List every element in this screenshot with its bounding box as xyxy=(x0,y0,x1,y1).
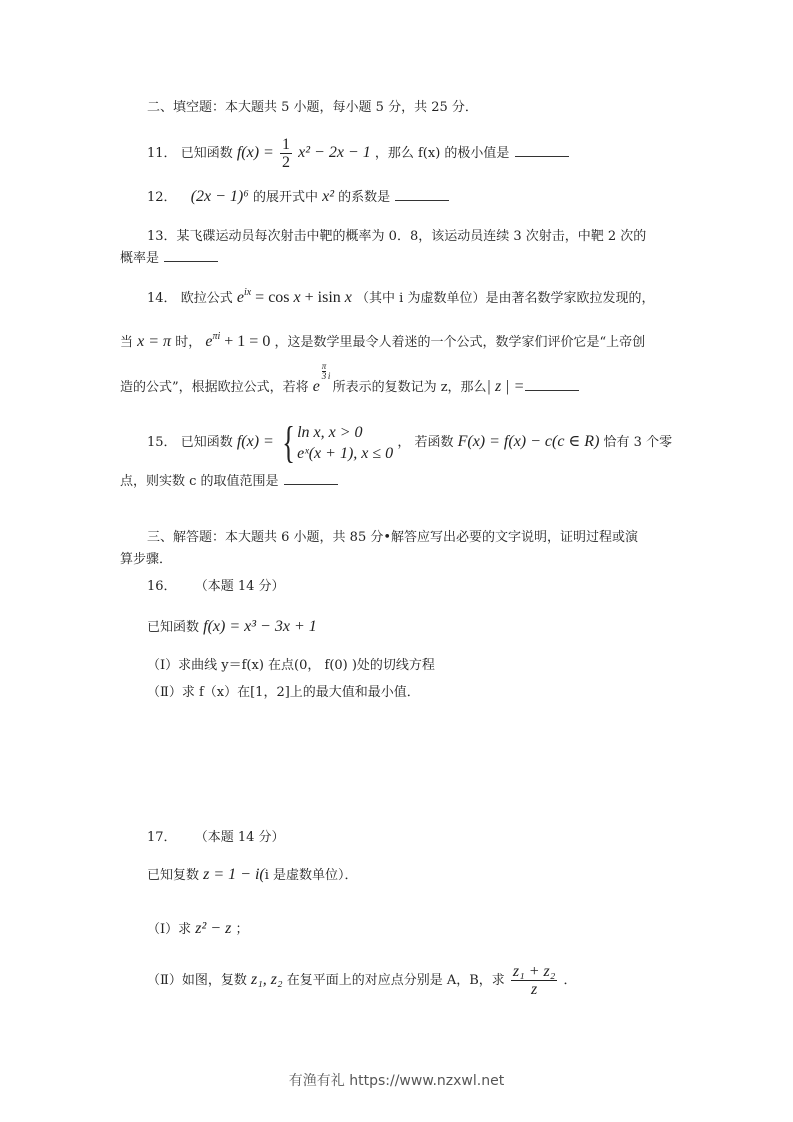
question-text: 欧拉公式 xyxy=(181,291,233,306)
question-17-part-1: （Ⅰ）求 z² − z ； xyxy=(147,920,248,939)
case-2: eˣ(x + 1), x ≤ 0 xyxy=(297,443,393,464)
part-1-formula: z² − z xyxy=(195,920,231,937)
question-score: （本题 14 分） xyxy=(195,579,285,594)
question-number: 13． xyxy=(147,229,177,244)
question-text: 点，则实数 c 的取值范围是 xyxy=(120,474,279,489)
answer-blank[interactable] xyxy=(164,249,218,262)
formula-rest: x² − 2x − 1 xyxy=(298,144,371,161)
question-middle: 的展开式中 xyxy=(253,190,318,205)
question-text: i 是虚数单位）． xyxy=(265,868,358,883)
question-text: ． xyxy=(563,973,576,988)
left-brace: { xyxy=(282,421,295,465)
section-3-heading-line-1: 三、解答题：本大题共 6 小题，共 85 分•解答应写出必要的文字说明，证明过程… xyxy=(147,529,638,547)
case-1: ln x, x > 0 xyxy=(297,422,393,443)
question-number: 16． xyxy=(147,579,177,594)
fraction-half: 1 2 xyxy=(280,136,292,171)
question-13-line-2: 概率是 xyxy=(120,249,218,268)
question-text: ， 若函数 xyxy=(397,435,453,450)
question-number: 15． xyxy=(147,435,177,450)
piecewise-function: { ln x, x > 0 eˣ(x + 1), x ≤ 0 xyxy=(278,421,393,465)
answer-blank[interactable] xyxy=(525,378,579,391)
question-16-header: 16． （本题 14 分） xyxy=(147,578,285,596)
question-16-stem: 已知函数 f(x) = x³ − 3x + 1 xyxy=(147,618,317,637)
question-text: （Ⅰ）求 xyxy=(147,922,191,937)
F-formula: F(x) = f(x) − c(c ∈ R) xyxy=(458,433,600,450)
question-text: 恰有 3 个零 xyxy=(604,435,673,450)
euler-identity: eπi + 1 = 0 xyxy=(205,333,270,350)
complex-formula: z = 1 − i( xyxy=(203,866,265,883)
question-text: 已知函数 xyxy=(181,435,233,450)
question-suffix: ，那么 f(x) 的极小值是 xyxy=(375,146,510,161)
question-text: 概率是 xyxy=(120,251,159,266)
question-text: 某飞碟运动员每次射击中靶的概率为 0．8，该运动员连续 3 次射击，中靶 2 次… xyxy=(177,229,647,244)
question-14-line-3: 造的公式”，根据欧拉公式，若将 eπ3i 所表示的复数记为 z，那么| z | … xyxy=(120,378,579,397)
question-text: 在复平面上的对应点分别是 A，B，求 xyxy=(287,973,505,988)
question-text: 已知复数 xyxy=(147,868,199,883)
question-prefix: 已知函数 xyxy=(181,146,233,161)
exp-pi-over-3: eπ3i xyxy=(313,378,323,397)
euler-formula: eix = cos x + isin x xyxy=(237,289,352,306)
question-13-line-1: 13．某飞碟运动员每次射击中靶的概率为 0．8，该运动员连续 3 次射击，中靶 … xyxy=(147,228,646,246)
question-14-line-2: 当 x = π 时， eπi + 1 = 0 ，这是数学里最令人着迷的一个公式，… xyxy=(120,333,645,352)
question-16-part-2: （Ⅱ）求 f（x）在[1，2]上的最大值和最小值． xyxy=(147,684,420,702)
question-text: （其中 i 为虚数单位）是由著名数学家欧拉发现的， xyxy=(356,291,654,306)
question-15-line-1: 15． 已知函数 f(x) = { ln x, x > 0 eˣ(x + 1),… xyxy=(147,420,672,465)
fraction-sum-over-z: z₁ + z₂ z xyxy=(511,963,557,998)
condition-formula: x = π xyxy=(137,333,171,350)
section-2-heading: 二、填空题：本大题共 5 小题，每小题 5 分，共 25 分． xyxy=(147,99,478,117)
question-text: 已知函数 xyxy=(147,620,199,635)
complex-variables: z₁, z₂ xyxy=(251,971,283,988)
footer-watermark: 有渔有礼 https://www.nzxwl.net xyxy=(0,1070,793,1090)
question-score: （本题 14 分） xyxy=(195,830,285,845)
question-text: （Ⅱ）如图，复数 xyxy=(147,973,247,988)
question-number: 11． xyxy=(147,146,177,161)
question-text: 当 xyxy=(120,335,133,350)
section-3-heading-line-2: 算步骤． xyxy=(120,551,172,569)
question-number: 17． xyxy=(147,830,177,845)
answer-blank[interactable] xyxy=(395,188,449,201)
abs-z: | z | = xyxy=(487,378,525,395)
question-11: 11． 已知函数 f(x) = 1 2 x² − 2x − 1 ，那么 f(x)… xyxy=(147,136,569,171)
question-suffix: 的系数是 xyxy=(338,190,390,205)
question-text: ； xyxy=(235,922,248,937)
question-16-part-1: （Ⅰ）求曲线 y＝f(x) 在点(0， f(0) )处的切线方程 xyxy=(147,657,435,675)
question-text: 造的公式”，根据欧拉公式，若将 xyxy=(120,380,309,395)
term: x² xyxy=(322,188,334,205)
function-formula: f(x) = x³ − 3x + 1 xyxy=(203,618,317,635)
question-17-header: 17． （本题 14 分） xyxy=(147,829,285,847)
question-12: 12． (2x − 1)⁶ 的展开式中 x² 的系数是 xyxy=(147,188,449,207)
question-text: ，这是数学里最令人着迷的一个公式，数学家们评价它是“上帝创 xyxy=(274,335,645,350)
answer-blank[interactable] xyxy=(284,472,338,485)
question-14-line-1: 14． 欧拉公式 eix = cos x + isin x （其中 i 为虚数单… xyxy=(147,289,654,308)
question-15-line-2: 点，则实数 c 的取值范围是 xyxy=(120,472,338,491)
formula-lhs: f(x) = xyxy=(237,144,274,161)
question-text: 所表示的复数记为 z，那么 xyxy=(333,380,487,395)
formula: (2x − 1)⁶ xyxy=(191,188,249,205)
formula-lhs: f(x) = xyxy=(237,433,274,450)
question-text: 时， xyxy=(175,335,201,350)
question-17-stem: 已知复数 z = 1 − i(i 是虚数单位）． xyxy=(147,866,358,885)
question-17-part-2: （Ⅱ）如图，复数 z₁, z₂ 在复平面上的对应点分别是 A，B，求 z₁ + … xyxy=(147,962,576,999)
question-number: 14． xyxy=(147,291,177,306)
answer-blank[interactable] xyxy=(515,144,569,157)
question-number: 12． xyxy=(147,190,177,205)
